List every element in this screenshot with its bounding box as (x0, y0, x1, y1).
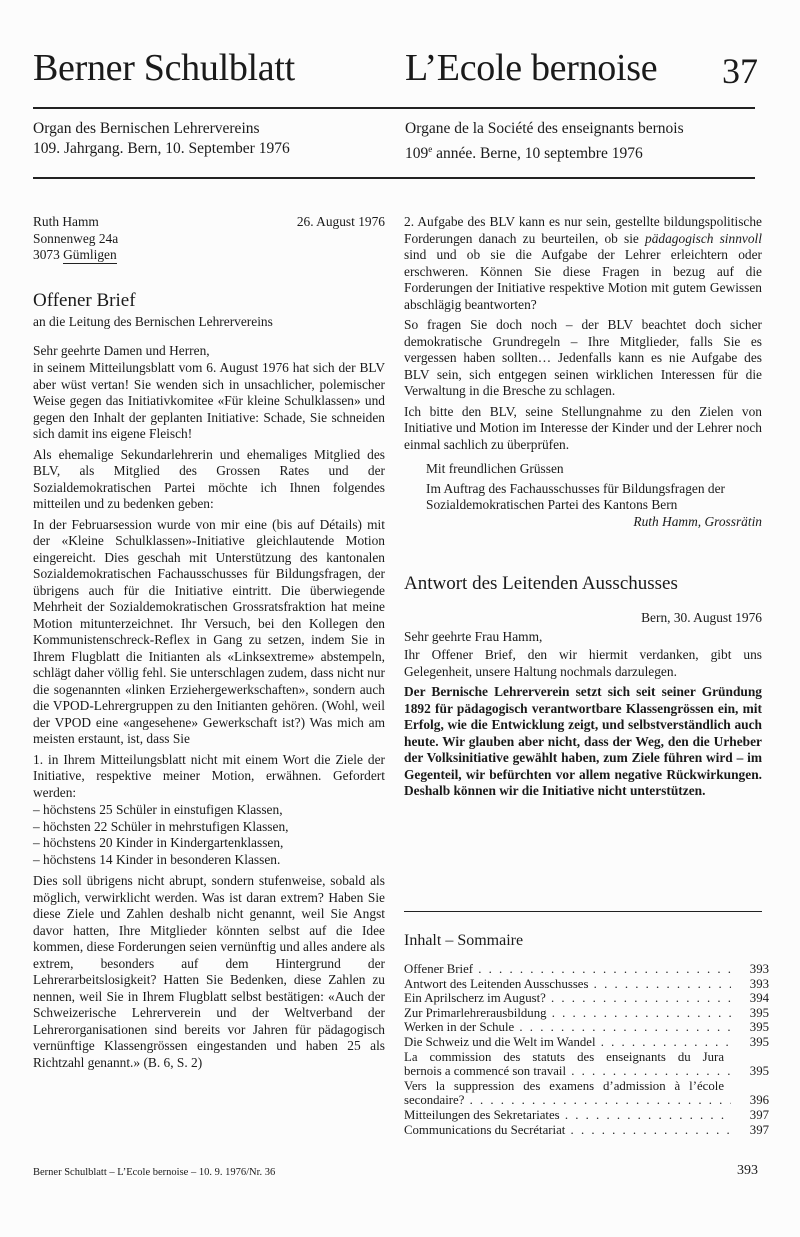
issue-number: 37 (722, 50, 758, 92)
list-item: – höchstens 14 Kinder in besonderen Klas… (33, 852, 385, 869)
masthead-title-german: Berner Schulblatt (33, 46, 295, 90)
masthead-organ-fr: Organe de la Société des enseignants ber… (405, 119, 684, 139)
toc-entry-page: 397 (731, 1108, 769, 1123)
toc-entry-commission-jura[interactable]: La commission des statuts des enseignant… (404, 1050, 769, 1079)
letter-paragraph: in seinem Mitteilungsblatt vom 6. August… (33, 360, 385, 443)
masthead-subtitle-french: Organe de la Société des enseignants ber… (405, 119, 684, 164)
toc-entry-primarlehrerausbildung[interactable]: Zur Primarlehrerausbildung . . . . . . .… (404, 1006, 769, 1021)
letter-subtitle: an die Leitung des Bernischen Lehrervere… (33, 314, 385, 331)
letter-point-2: 2. Aufgabe des BLV kann es nur sein, ges… (404, 214, 762, 313)
volume-number: 109 (405, 145, 428, 162)
toc-entry-page: 395 (731, 1064, 769, 1079)
sender-zip: 3073 (33, 247, 60, 262)
toc-entry-page: 393 (731, 977, 769, 992)
toc-entry-label: bernois a commencé son travail (404, 1064, 566, 1078)
sender-street: Sonnenweg 24a (33, 231, 385, 248)
letter-paragraph: Als ehemalige Sekundarlehrerin und ehema… (33, 447, 385, 513)
masthead-volume-de: 109. Jahrgang. Bern, 10. September 1976 (33, 139, 290, 159)
sender-city-line: 3073 Gümligen (33, 247, 385, 264)
running-footer-title: Berner Schulblatt – L’Ecole bernoise – 1… (33, 1167, 275, 1178)
answer-intro: Ihr Offener Brief, den wir hiermit verda… (404, 647, 762, 680)
leader-dots: . . . . . . . . . . . . . . . . . . . . … (596, 1035, 731, 1049)
toc-entry-antwort[interactable]: Antwort des Leitenden Ausschusses . . . … (404, 977, 769, 992)
toc-entry-werken[interactable]: Werken in der Schule . . . . . . . . . .… (404, 1020, 769, 1035)
toc-entry-page: 397 (731, 1123, 769, 1138)
toc-entry-label: Mitteilungen des Sekretariates (404, 1108, 560, 1122)
point2-emphasis: pädagogisch sinnvoll (645, 231, 762, 246)
letter-paragraph: Ich bitte den BLV, seine Stellungnahme z… (404, 404, 762, 454)
volume-date: année. Berne, 10 septembre 1976 (432, 145, 642, 162)
letter-salutation: Sehr geehrte Damen und Herren, (33, 343, 385, 360)
toc-entry-page: 395 (731, 1035, 769, 1050)
demands-list: – höchstens 25 Schüler in einstufigen Kl… (33, 802, 385, 868)
masthead-subtitle-german: Organ des Bernischen Lehrervereins 109. … (33, 119, 290, 159)
open-letter-continued: 2. Aufgabe des BLV kann es nur sein, ges… (404, 214, 762, 534)
toc-entry-schweiz-welt[interactable]: Die Schweiz und die Welt im Wandel . . .… (404, 1035, 769, 1050)
toc-entry-communications[interactable]: Communications du Secrétariat . . . . . … (404, 1123, 769, 1138)
toc-entry-offener-brief[interactable]: Offener Brief . . . . . . . . . . . . . … (404, 962, 769, 977)
leader-dots: . . . . . . . . . . . . . . . . . . . . … (565, 1123, 731, 1137)
letter-closing: Mit freundlichen Grüssen (404, 461, 762, 478)
answer-date: Bern, 30. August 1976 (404, 610, 762, 627)
toc-entry-label: Zur Primarlehrerausbildung (404, 1006, 547, 1020)
leader-dots: . . . . . . . . . . . . . . . . . . . . … (473, 962, 731, 976)
answer-section: Bern, 30. August 1976 Sehr geehrte Frau … (404, 610, 762, 804)
leader-dots: . . . . . . . . . . . . . . . . . . . . … (560, 1108, 731, 1122)
sender-address: Ruth Hamm Sonnenweg 24a 3073 Gümligen 26… (33, 214, 385, 264)
masthead-volume-fr: 109e année. Berne, 10 septembre 1976 (405, 139, 684, 164)
toc-entry-aprilscherz[interactable]: Ein Aprilscherz im August? . . . . . . .… (404, 991, 769, 1006)
toc-entry-page: 395 (731, 1006, 769, 1021)
toc-entry-page: 395 (731, 1020, 769, 1035)
toc-entry-label: Antwort des Leitenden Ausschusses (404, 977, 588, 991)
toc-entry-label: Communications du Secrétariat (404, 1123, 565, 1137)
list-item: – höchstens 20 Kinder in Kindergartenkla… (33, 835, 385, 852)
toc-title: Inhalt – Sommaire (404, 932, 523, 950)
signature-title: Grossrätin (704, 514, 762, 529)
page-number: 393 (737, 1163, 758, 1179)
leader-dots: . . . . . . . . . . . . . . . . . . . . … (464, 1093, 731, 1107)
masthead-bottom-rule (33, 177, 755, 179)
letter-paragraph: In der Februarsession wurde von mir eine… (33, 517, 385, 748)
open-letter: Ruth Hamm Sonnenweg 24a 3073 Gümligen 26… (33, 214, 385, 1075)
letter-paragraph: Dies soll übrigens nicht abrupt, sondern… (33, 873, 385, 1071)
answer-statement: Der Bernische Lehrerverein setzt sich se… (404, 684, 762, 800)
leader-dots: . . . . . . . . . . . . . . . . . . . . … (566, 1064, 731, 1078)
masthead-title-french: L’Ecole bernoise (405, 46, 657, 90)
point2-text-end: sind und ob sie die Aufgabe der Lehrer e… (404, 247, 762, 312)
toc-entry-label: Werken in der Schule (404, 1020, 514, 1034)
toc-entry-label: Die Schweiz und die Welt im Wandel (404, 1035, 596, 1049)
answer-title: Antwort des Leitenden Ausschusses (404, 573, 678, 595)
table-of-contents: Offener Brief . . . . . . . . . . . . . … (404, 962, 769, 1137)
letter-paragraph: So fragen Sie doch noch – der BLV beacht… (404, 317, 762, 400)
toc-rule (404, 911, 762, 912)
letter-signature: Ruth Hamm, Grossrätin (404, 514, 762, 531)
toc-entry-page: 394 (731, 991, 769, 1006)
masthead-organ-de: Organ des Bernischen Lehrervereins (33, 119, 290, 139)
toc-entry-mitteilungen[interactable]: Mitteilungen des Sekretariates . . . . .… (404, 1108, 769, 1123)
letter-mandate: Im Auftrag des Fachausschusses für Bildu… (404, 481, 762, 514)
answer-salutation: Sehr geehrte Frau Hamm, (404, 629, 762, 646)
signature-name: Ruth Hamm (633, 514, 697, 529)
letter-date: 26. August 1976 (297, 214, 385, 231)
toc-entry-examens-admission[interactable]: Vers la suppression des examens d’admiss… (404, 1079, 769, 1108)
toc-entry-page: 393 (731, 962, 769, 977)
toc-entry-label: Ein Aprilscherz im August? (404, 991, 546, 1005)
toc-entry-label-line1: Vers la suppression des examens d’admiss… (404, 1079, 724, 1094)
sender-city: Gümligen (63, 247, 117, 264)
leader-dots: . . . . . . . . . . . . . . . . . . . . … (546, 991, 731, 1005)
letter-title: Offener Brief (33, 290, 385, 312)
list-item: – höchsten 22 Schüler in mehrstufigen Kl… (33, 819, 385, 836)
toc-entry-page: 396 (731, 1093, 769, 1108)
leader-dots: . . . . . . . . . . . . . . . . . . . . … (514, 1020, 731, 1034)
letter-paragraph: 1. in Ihrem Mitteilungsblatt nicht mit e… (33, 752, 385, 802)
toc-entry-label-line1: La commission des statuts des enseignant… (404, 1050, 724, 1065)
masthead-top-rule (33, 107, 755, 109)
toc-entry-label: Offener Brief (404, 962, 473, 976)
list-item: – höchstens 25 Schüler in einstufigen Kl… (33, 802, 385, 819)
toc-entry-label: secondaire? (404, 1093, 464, 1107)
leader-dots: . . . . . . . . . . . . . . . . . . . . … (547, 1006, 731, 1020)
leader-dots: . . . . . . . . . . . . . . . . . . . . … (588, 977, 731, 991)
